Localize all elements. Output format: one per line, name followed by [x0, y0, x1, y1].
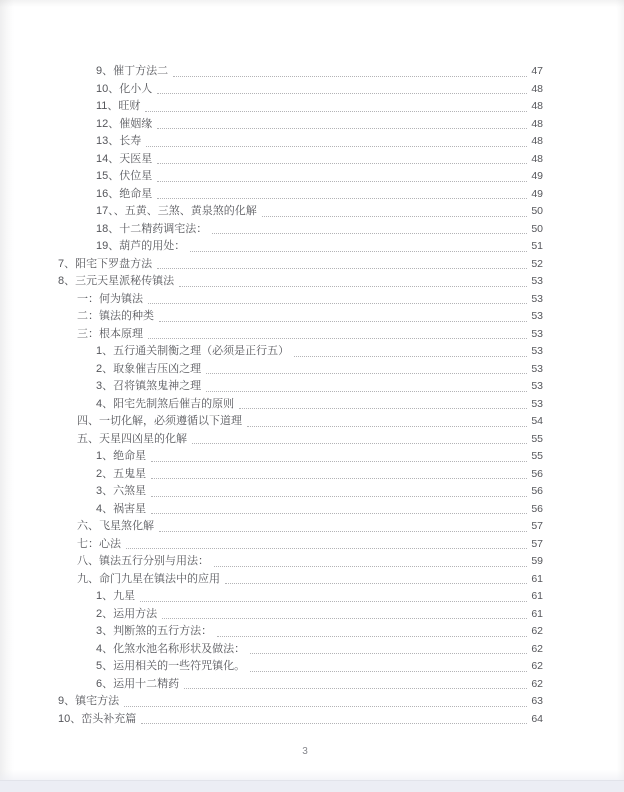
toc-entry: 六、飞星煞化解57: [58, 518, 543, 536]
dot-leader: [162, 606, 527, 620]
toc-entry: 3、召将镇煞鬼神之理53: [58, 378, 543, 396]
toc-entry-page: 62: [531, 623, 543, 641]
dot-leader: [157, 151, 527, 165]
toc-entry-page: 53: [531, 273, 543, 291]
toc-entry-page: 56: [531, 466, 543, 484]
toc-entry-page: 49: [531, 168, 543, 186]
dot-leader: [173, 63, 527, 77]
document-page: 9、催丁方法二4710、化小人4811、旺财4812、催姻缘4813、长寿481…: [0, 0, 624, 792]
page-edge-shadow-left: [0, 0, 14, 792]
toc-entry: 14、天医星48: [58, 151, 543, 169]
toc-entry-label: 1、五行通关制衡之理（必须是正行五）: [96, 343, 289, 361]
toc-entry-label: 12、催姻缘: [96, 116, 152, 134]
toc-entry-label: 17、、五黄、三煞、黄泉煞的化解: [96, 203, 257, 221]
toc-entry: 19、葫芦的用处：51: [58, 238, 543, 256]
toc-entry-page: 53: [531, 291, 543, 309]
toc-entry: 2、运用方法61: [58, 606, 543, 624]
toc-entry-page: 53: [531, 343, 543, 361]
toc-entry-page: 59: [531, 553, 543, 571]
toc-entry-label: 八、镇法五行分别与用法：: [77, 553, 209, 571]
toc-entry-page: 62: [531, 676, 543, 694]
toc-entry-label: 18、十二精药调宅法：: [96, 221, 207, 239]
toc-entry-page: 57: [531, 536, 543, 554]
dot-leader: [157, 168, 527, 182]
toc-entry: 五、天星四凶星的化解55: [58, 431, 543, 449]
toc-entry: 6、运用十二精药62: [58, 676, 543, 694]
toc-entry-label: 10、化小人: [96, 81, 152, 99]
toc-entry-label: 三：根本原理: [77, 326, 143, 344]
toc-entry-page: 50: [531, 203, 543, 221]
dot-leader: [239, 396, 527, 410]
dot-leader: [157, 116, 527, 130]
toc-entry: 三：根本原理53: [58, 326, 543, 344]
toc-entry-page: 56: [531, 483, 543, 501]
toc-entry: 九、命门九星在镇法中的应用61: [58, 571, 543, 589]
dot-leader: [179, 273, 527, 287]
toc-entry-label: 1、绝命星: [96, 448, 146, 466]
toc-entry-label: 13、长寿: [96, 133, 141, 151]
toc-entry: 1、九星61: [58, 588, 543, 606]
dot-leader: [146, 133, 527, 147]
toc-entry-page: 48: [531, 151, 543, 169]
toc-entry: 10、化小人48: [58, 81, 543, 99]
dot-leader: [214, 553, 527, 567]
toc-entry-page: 53: [531, 378, 543, 396]
toc-entry-page: 55: [531, 431, 543, 449]
toc-entry-page: 64: [531, 711, 543, 729]
toc-entry: 2、取象催吉压凶之理53: [58, 361, 543, 379]
page-bottom-fade: [0, 770, 624, 780]
toc-entry-label: 4、祸害星: [96, 501, 146, 519]
toc-entry: 四、一切化解，必须遵循以下道理54: [58, 413, 543, 431]
toc-entry: 10、峦头补充篇64: [58, 711, 543, 729]
toc-entry-page: 62: [531, 641, 543, 659]
toc-entry-label: 10、峦头补充篇: [58, 711, 136, 729]
dot-leader: [124, 693, 527, 707]
toc-entry-label: 4、阳宅先制煞后催吉的原则: [96, 396, 234, 414]
toc-entry: 11、旺财48: [58, 98, 543, 116]
toc-entry-page: 63: [531, 693, 543, 711]
dot-leader: [192, 431, 527, 445]
dot-leader: [157, 186, 527, 200]
dot-leader: [247, 413, 527, 427]
dot-leader: [206, 361, 527, 375]
dot-leader: [151, 501, 527, 515]
dot-leader: [126, 536, 527, 550]
toc-entry-label: 六、飞星煞化解: [77, 518, 154, 536]
dot-leader: [262, 203, 528, 217]
toc-entry: 16、绝命星49: [58, 186, 543, 204]
toc-entry: 9、催丁方法二47: [58, 63, 543, 81]
dot-leader: [184, 676, 527, 690]
toc-entry-page: 53: [531, 361, 543, 379]
toc-entry: 4、化煞水池名称形状及做法：62: [58, 641, 543, 659]
dot-leader: [151, 448, 527, 462]
dot-leader: [157, 81, 527, 95]
dot-leader: [157, 256, 527, 270]
toc-entry: 9、镇宅方法63: [58, 693, 543, 711]
toc-entry-page: 55: [531, 448, 543, 466]
toc-entry-page: 48: [531, 133, 543, 151]
dot-leader: [250, 641, 527, 655]
toc-entry-label: 7、阳宅下罗盘方法: [58, 256, 152, 274]
toc-entry-label: 2、五鬼星: [96, 466, 146, 484]
toc-entry-page: 56: [531, 501, 543, 519]
dot-leader: [159, 518, 527, 532]
toc-entry: 八、镇法五行分别与用法：59: [58, 553, 543, 571]
dot-leader: [206, 378, 527, 392]
toc-entry-label: 一：何为镇法: [77, 291, 143, 309]
dot-leader: [148, 291, 527, 305]
toc-entry: 3、六煞星56: [58, 483, 543, 501]
toc-entry: 1、五行通关制衡之理（必须是正行五）53: [58, 343, 543, 361]
toc-entry-page: 53: [531, 308, 543, 326]
toc-entry-label: 2、运用方法: [96, 606, 157, 624]
toc-entry: 一：何为镇法53: [58, 291, 543, 309]
toc-entry: 7、阳宅下罗盘方法52: [58, 256, 543, 274]
dot-leader: [151, 466, 527, 480]
toc-entry-page: 53: [531, 326, 543, 344]
dot-leader: [190, 238, 527, 252]
toc-entry-page: 47: [531, 63, 543, 81]
toc-entry-label: 二：镇法的种类: [77, 308, 154, 326]
toc-entry: 13、长寿48: [58, 133, 543, 151]
dot-leader: [148, 326, 527, 340]
toc-entry-page: 57: [531, 518, 543, 536]
toc-entry-label: 5、运用相关的一些符咒镇化。: [96, 658, 245, 676]
toc-entry-page: 61: [531, 606, 543, 624]
toc-entry-label: 2、取象催吉压凶之理: [96, 361, 201, 379]
toc-entry-label: 19、葫芦的用处：: [96, 238, 185, 256]
toc-entry-label: 9、镇宅方法: [58, 693, 119, 711]
toc-entry-page: 54: [531, 413, 543, 431]
toc-entry-page: 51: [531, 238, 543, 256]
toc-entry-label: 8、三元天星派秘传镇法: [58, 273, 174, 291]
dot-leader: [145, 98, 527, 112]
toc-entry: 七：心法57: [58, 536, 543, 554]
toc-entry: 3、判断煞的五行方法：62: [58, 623, 543, 641]
dot-leader: [294, 343, 527, 357]
toc-entry-label: 五、天星四凶星的化解: [77, 431, 187, 449]
toc-entry-label: 四、一切化解，必须遵循以下道理: [77, 413, 242, 431]
toc-entry-page: 61: [531, 571, 543, 589]
toc-entry-page: 61: [531, 588, 543, 606]
toc-entry-page: 48: [531, 98, 543, 116]
dot-leader: [250, 658, 527, 672]
toc-entry-label: 3、判断煞的五行方法：: [96, 623, 212, 641]
toc-entry: 2、五鬼星56: [58, 466, 543, 484]
toc-entry: 12、催姻缘48: [58, 116, 543, 134]
toc-entry-page: 49: [531, 186, 543, 204]
toc-entry-page: 52: [531, 256, 543, 274]
toc-entry: 18、十二精药调宅法：50: [58, 221, 543, 239]
dot-leader: [212, 221, 527, 235]
toc-entry-page: 53: [531, 396, 543, 414]
dot-leader: [217, 623, 527, 637]
toc-entry-label: 14、天医星: [96, 151, 152, 169]
toc-list: 9、催丁方法二4710、化小人4811、旺财4812、催姻缘4813、长寿481…: [58, 63, 543, 728]
toc-entry: 二：镇法的种类53: [58, 308, 543, 326]
toc-entry-label: 3、召将镇煞鬼神之理: [96, 378, 201, 396]
dot-leader: [151, 483, 527, 497]
toc-entry: 5、运用相关的一些符咒镇化。62: [58, 658, 543, 676]
toc-entry-label: 16、绝命星: [96, 186, 152, 204]
toc-entry-label: 4、化煞水池名称形状及做法：: [96, 641, 245, 659]
toc-entry-label: 1、九星: [96, 588, 135, 606]
toc-entry: 4、阳宅先制煞后催吉的原则53: [58, 396, 543, 414]
toc-entry-label: 15、伏位星: [96, 168, 152, 186]
toc-entry: 17、、五黄、三煞、黄泉煞的化解50: [58, 203, 543, 221]
dot-leader: [140, 588, 527, 602]
dot-leader: [159, 308, 527, 322]
toc-entry-label: 6、运用十二精药: [96, 676, 179, 694]
toc-entry: 4、祸害星56: [58, 501, 543, 519]
toc-entry-label: 11、旺财: [96, 98, 140, 116]
toc-entry-label: 9、催丁方法二: [96, 63, 168, 81]
toc-entry-label: 3、六煞星: [96, 483, 146, 501]
toc-entry-page: 62: [531, 658, 543, 676]
page-edge-shadow-top: [0, 0, 624, 7]
toc-entry-page: 48: [531, 116, 543, 134]
toc-entry-label: 七：心法: [77, 536, 121, 554]
dot-leader: [225, 571, 527, 585]
page-bottom-edge: [0, 780, 624, 792]
toc-entry-label: 九、命门九星在镇法中的应用: [77, 571, 220, 589]
toc-entry-page: 48: [531, 81, 543, 99]
page-edge-shadow-right: [616, 0, 624, 792]
toc-entry-page: 50: [531, 221, 543, 239]
toc-entry: 8、三元天星派秘传镇法53: [58, 273, 543, 291]
dot-leader: [141, 711, 527, 725]
toc-entry: 1、绝命星55: [58, 448, 543, 466]
footer-page-number: 3: [0, 746, 610, 757]
toc-entry: 15、伏位星49: [58, 168, 543, 186]
